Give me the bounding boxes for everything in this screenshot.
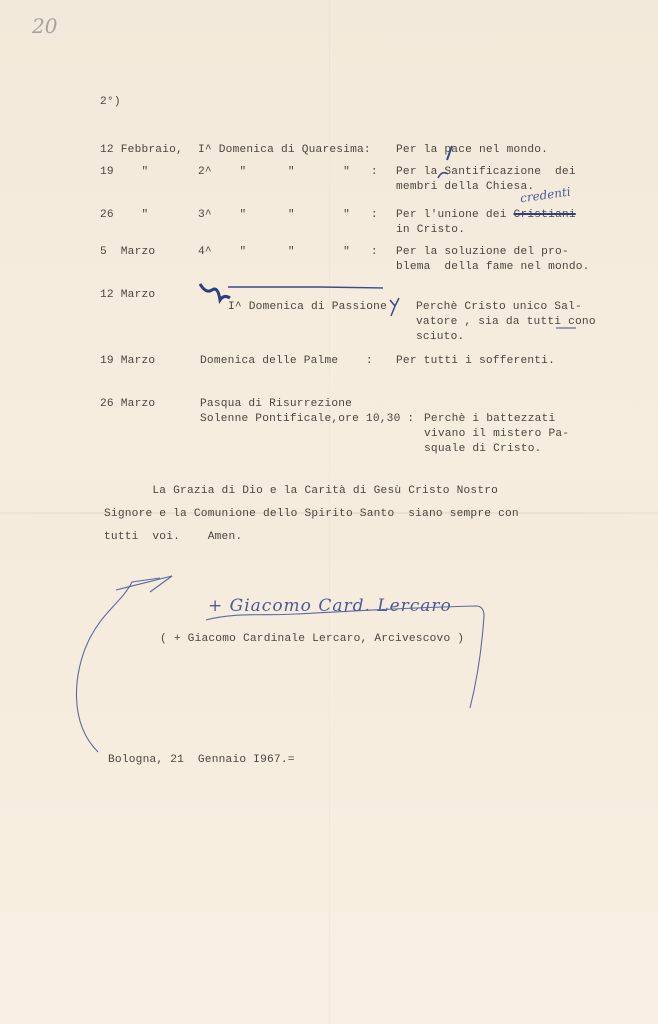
- row-intention: squale di Cristo.: [424, 442, 542, 457]
- row-occasion: 3^ " " " :: [198, 208, 378, 223]
- blessing-line: La Grazia di Dio e la Carità di Gesù Cri…: [104, 484, 498, 499]
- row-intention: Perchè i battezzati: [424, 412, 555, 427]
- row-intention: Perchè Cristo unico Sal-: [416, 300, 582, 315]
- row-date: 26 ": [100, 208, 148, 223]
- row-occasion: 4^ " " " :: [198, 245, 378, 260]
- row-intention: sciuto.: [416, 330, 464, 345]
- place-date: Bologna, 21 Gennaio I967.=: [108, 753, 295, 768]
- row-intention: membri della Chiesa.: [396, 180, 534, 195]
- row-intention: vatore , sia da tutti cono: [416, 315, 596, 330]
- row-intention: blema della fame nel mondo.: [396, 260, 590, 275]
- row-date: 19 Marzo: [100, 354, 155, 369]
- row-date: 19 ": [100, 165, 148, 180]
- pencil-page-number: 20: [32, 14, 57, 38]
- handwritten-signature: + Giacomo Card. Lercaro: [208, 596, 452, 616]
- row-occasion: I^ Domenica di Passione: [228, 300, 387, 315]
- row-intention: in Cristo.: [396, 223, 465, 238]
- blessing-line: Signore e la Comunione dello Spirito San…: [104, 507, 519, 522]
- row-occasion: Pasqua di Risurrezione: [200, 397, 352, 412]
- blessing-line: tutti voi. Amen.: [104, 530, 242, 545]
- section-label: 2°): [100, 95, 121, 110]
- row-date: 5 Marzo: [100, 245, 155, 260]
- row-date: 26 Marzo: [100, 397, 155, 412]
- row-occasion: I^ Domenica di Quaresima:: [198, 143, 371, 158]
- row-date: 12 Marzo: [100, 288, 155, 303]
- struck-word: Cristiani: [514, 209, 576, 221]
- row-intention: Per la Santificazione dei: [396, 165, 576, 180]
- row-intention: vivano il mistero Pa-: [424, 427, 569, 442]
- typed-signature: ( + Giacomo Cardinale Lercaro, Arcivesco…: [160, 632, 464, 647]
- row-intention: Per tutti i sofferenti.: [396, 354, 555, 369]
- row-occasion: 2^ " " " :: [198, 165, 378, 180]
- row-intention: Per l'unione dei Cristiani: [396, 208, 576, 223]
- row-occasion: Solenne Pontificale,ore 10,30 :: [200, 412, 414, 427]
- row-intention: Per la soluzione del pro-: [396, 245, 569, 260]
- row-intention: Per la pace nel mondo.: [396, 143, 548, 158]
- row-occasion: Domenica delle Palme :: [200, 354, 373, 369]
- row-date: 12 Febbraio,: [100, 143, 183, 158]
